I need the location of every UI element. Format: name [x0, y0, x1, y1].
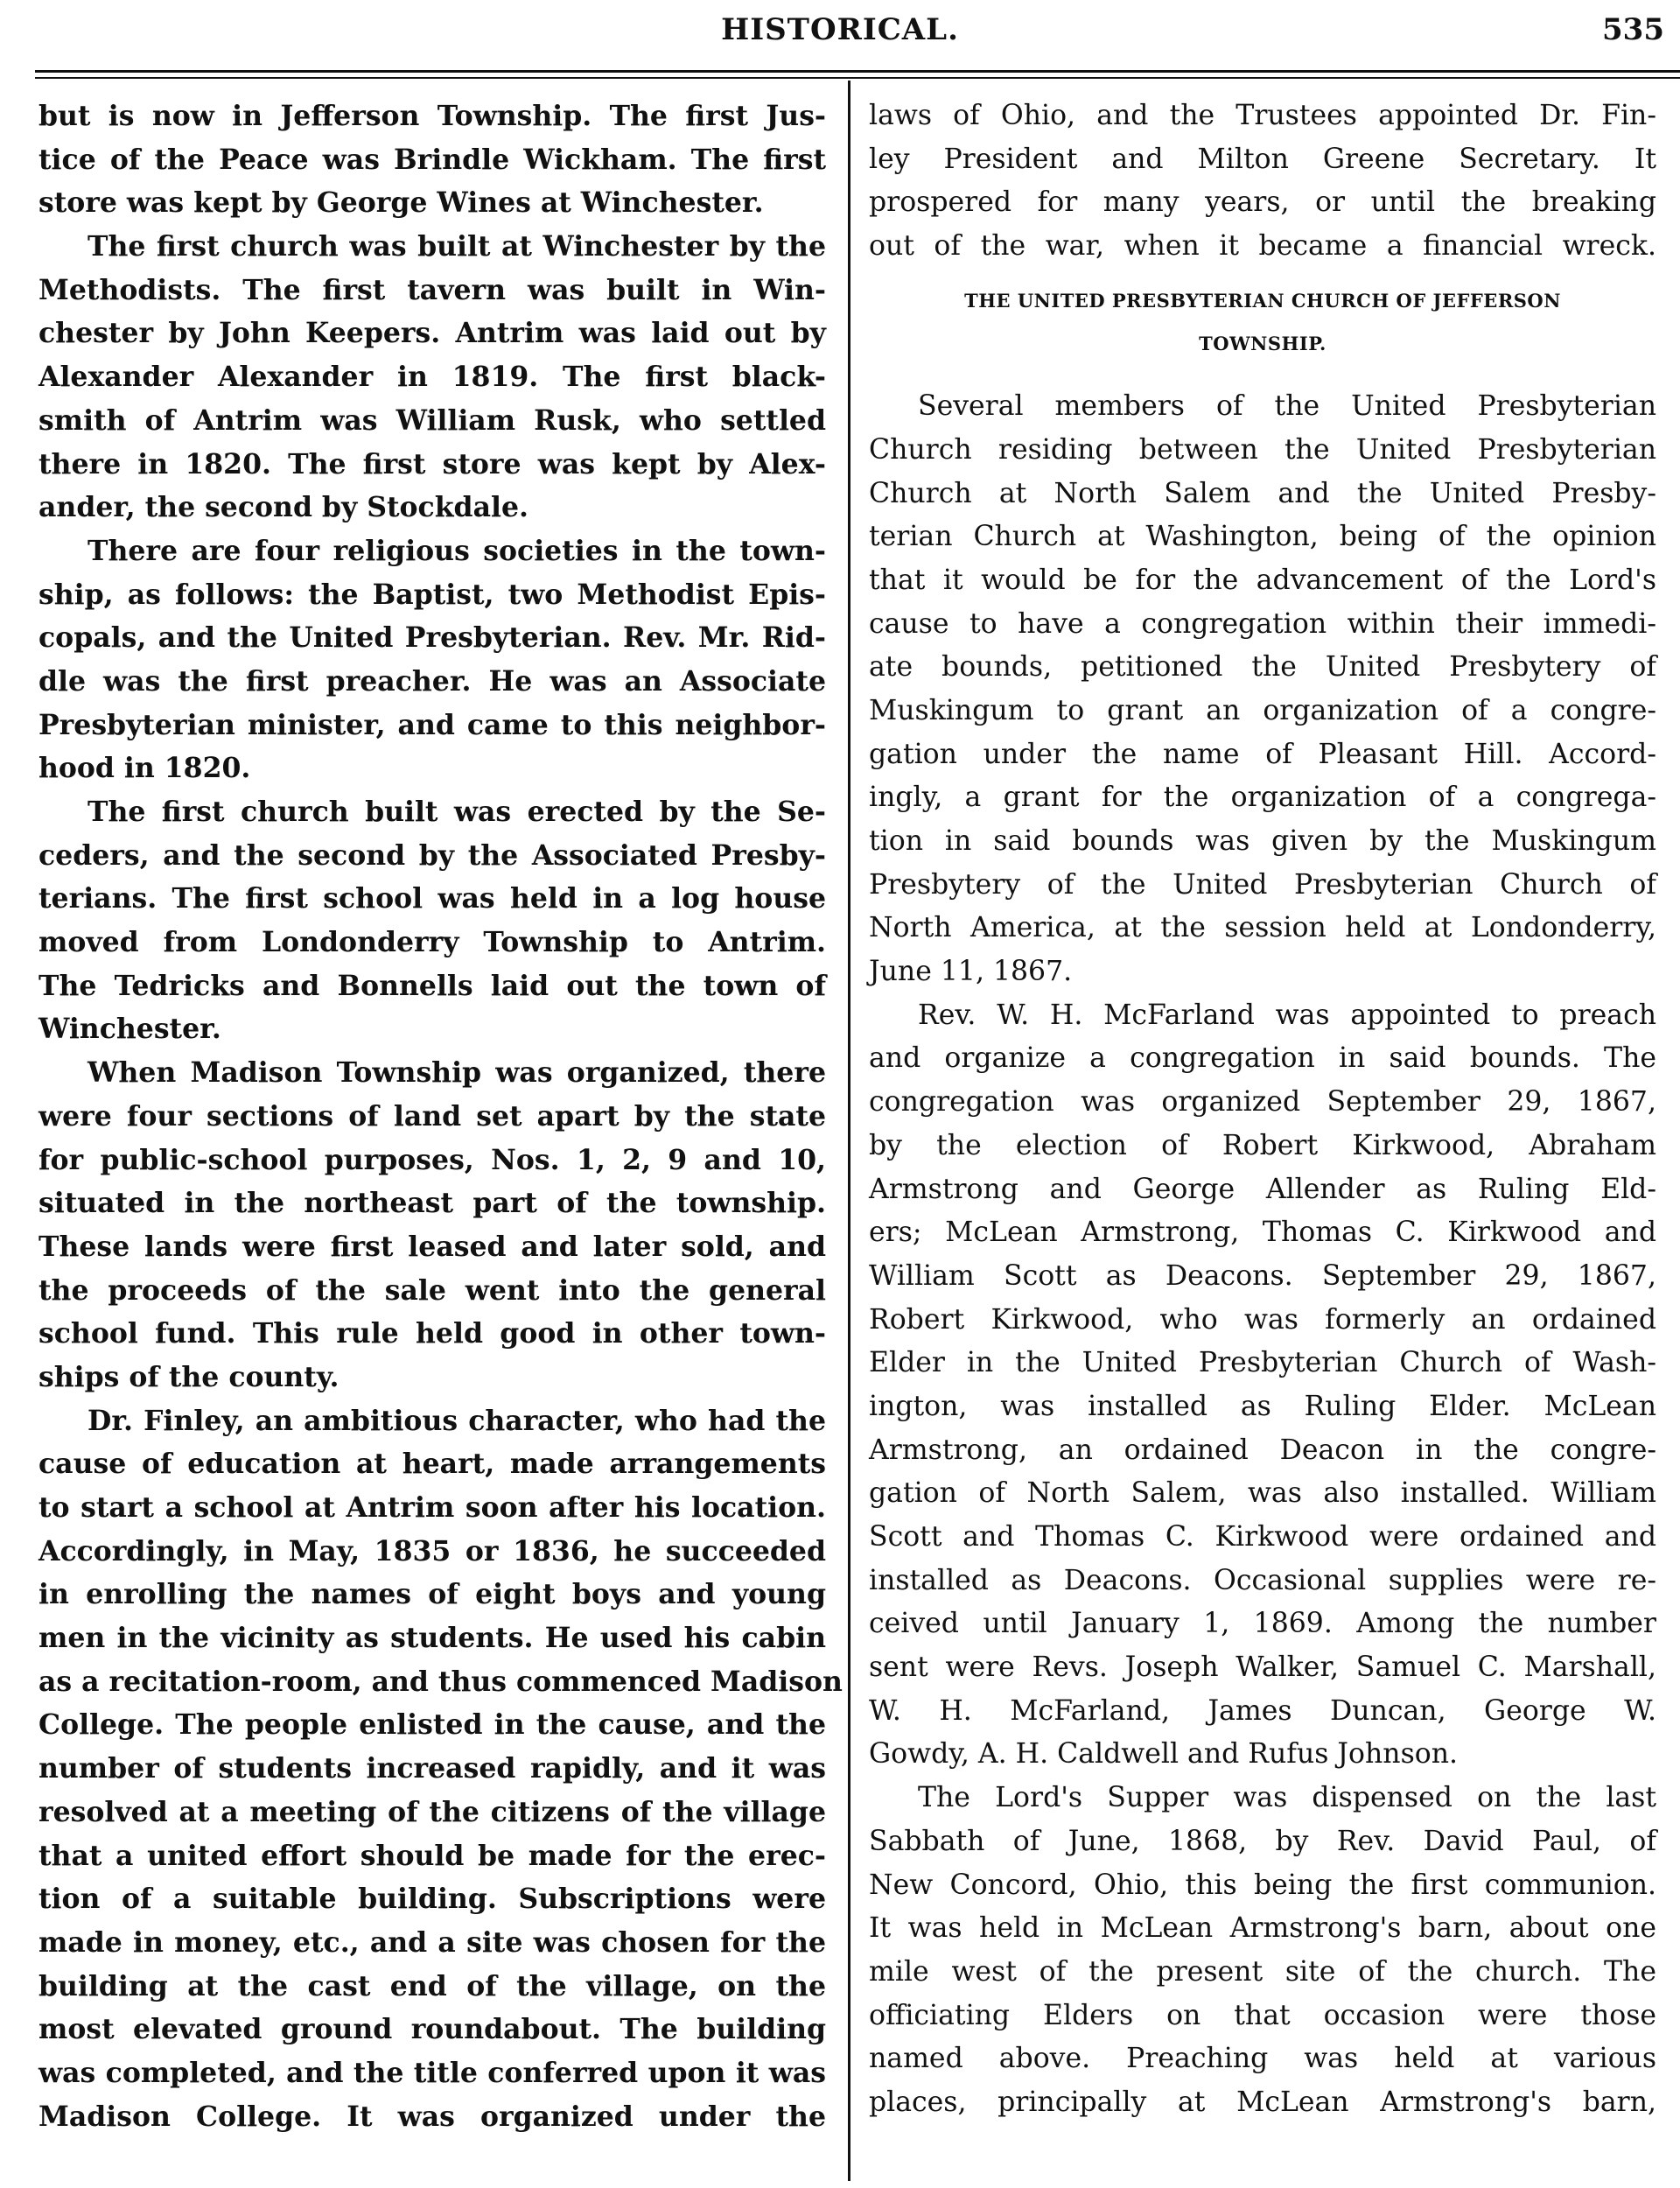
text-line: College. The people enlisted in the caus…: [38, 1703, 826, 1747]
text-line: was completed, and the title conferred u…: [38, 2051, 826, 2095]
text-line: gation under the name of Pleasant Hill. …: [869, 733, 1656, 777]
text-line: officiating Elders on that occasion were…: [869, 1995, 1656, 2038]
text-line: Several members of the United Presbyteri…: [869, 385, 1656, 429]
text-line: cause to have a congregation within thei…: [869, 603, 1656, 647]
text-line: The first church built was erected by th…: [38, 790, 826, 834]
text-line: cause of education at heart, made arrang…: [38, 1442, 826, 1486]
text-line: store was kept by George Wines at Winche…: [38, 181, 826, 225]
text-line: Church at North Salem and the United Pre…: [869, 473, 1656, 516]
text-line: but is now in Jefferson Township. The fi…: [38, 95, 826, 138]
text-line: copals, and the United Presbyterian. Rev…: [38, 616, 826, 660]
text-line: The Tedricks and Bonnells laid out the t…: [38, 964, 826, 1008]
text-line: that it would be for the advancement of …: [869, 559, 1656, 603]
text-line: Armstrong, an ordained Deacon in the con…: [869, 1429, 1656, 1473]
text-line: hood in 1820.: [38, 747, 826, 790]
text-line: These lands were first leased and later …: [38, 1225, 826, 1269]
text-line: It was held in McLean Armstrong's barn, …: [869, 1907, 1656, 1951]
text-line: Armstrong and George Allender as Ruling …: [869, 1168, 1656, 1212]
text-line: prospered for many years, or until the b…: [869, 181, 1656, 225]
text-line: William Scott as Deacons. September 29, …: [869, 1255, 1656, 1299]
running-title: HISTORICAL.: [0, 12, 1680, 47]
text-line: Rev. W. H. McFarland was appointed to pr…: [869, 994, 1656, 1038]
running-head: HISTORICAL. 535: [0, 12, 1680, 56]
text-line: The first church was built at Winchester…: [38, 225, 826, 269]
text-line: W. H. McFarland, James Duncan, George W.: [869, 1690, 1656, 1734]
text-line: Winchester.: [38, 1007, 826, 1051]
text-line: most elevated ground roundabout. The bui…: [38, 2008, 826, 2051]
text-line: New Concord, Ohio, this being the first …: [869, 1864, 1656, 1908]
text-line: Sabbath of June, 1868, by Rev. David Pau…: [869, 1820, 1656, 1864]
text-line: to start a school at Antrim soon after h…: [38, 1486, 826, 1530]
text-line: congregation was organized September 29,…: [869, 1081, 1656, 1125]
text-line: Madison College. It was organized under …: [38, 2095, 826, 2139]
text-line: tion in said bounds was given by the Mus…: [869, 820, 1656, 864]
header-rule-top: [35, 70, 1680, 73]
spacer: [869, 269, 1656, 279]
text-line: terian Church at Washington, being of th…: [869, 515, 1656, 559]
text-line: number of students increased rapidly, an…: [38, 1747, 826, 1791]
text-line: installed as Deacons. Occasional supplie…: [869, 1560, 1656, 1603]
text-line: Presbytery of the United Presbyterian Ch…: [869, 864, 1656, 908]
text-line: There are four religious societies in th…: [38, 529, 826, 573]
text-line: situated in the northeast part of the to…: [38, 1182, 826, 1225]
text-line: ington, was installed as Ruling Elder. M…: [869, 1385, 1656, 1429]
text-line: Methodists. The first tavern was built i…: [38, 269, 826, 312]
header-rule-bottom: [35, 77, 1680, 79]
text-line: sent were Revs. Joseph Walker, Samuel C.…: [869, 1646, 1656, 1690]
text-line: Alexander Alexander in 1819. The first b…: [38, 355, 826, 399]
text-line: Presbyterian minister, and came to this …: [38, 704, 826, 747]
text-line: ley President and Milton Greene Secretar…: [869, 138, 1656, 182]
text-line: gation of North Salem, was also installe…: [869, 1472, 1656, 1516]
text-line: tion of a suitable building. Subscriptio…: [38, 1877, 826, 1921]
section-heading-line-1: THE UNITED PRESBYTERIAN CHURCH OF JEFFER…: [869, 279, 1656, 323]
text-line: resolved at a meeting of the citizens of…: [38, 1791, 826, 1834]
text-line: smith of Antrim was William Rusk, who se…: [38, 399, 826, 443]
text-line: terians. The first school was held in a …: [38, 877, 826, 921]
text-line: ships of the county.: [38, 1356, 826, 1399]
text-line: building at the cast end of the village,…: [38, 1965, 826, 2009]
text-line: Accordingly, in May, 1835 or 1836, he su…: [38, 1530, 826, 1574]
text-line: places, principally at McLean Armstrong'…: [869, 2081, 1656, 2125]
text-line: named above. Preaching was held at vario…: [869, 2037, 1656, 2081]
text-line: When Madison Township was organized, the…: [38, 1051, 826, 1095]
text-line: were four sections of land set apart by …: [38, 1095, 826, 1139]
section-heading-line-2: TOWNSHIP.: [869, 322, 1656, 366]
text-line: ship, as follows: the Baptist, two Metho…: [38, 573, 826, 617]
text-line: by the election of Robert Kirkwood, Abra…: [869, 1125, 1656, 1168]
text-line: chester by John Keepers. Antrim was laid…: [38, 312, 826, 355]
text-line: ers; McLean Armstrong, Thomas C. Kirkwoo…: [869, 1211, 1656, 1255]
text-line: ceders, and the second by the Associated…: [38, 834, 826, 878]
left-column: but is now in Jefferson Township. The fi…: [38, 95, 826, 2138]
text-line: ate bounds, petitioned the United Presby…: [869, 646, 1656, 690]
text-line: out of the war, when it became a financi…: [869, 225, 1656, 269]
right-column: laws of Ohio, and the Trustees appointed…: [869, 95, 1656, 2125]
text-line: dle was the first preacher. He was an As…: [38, 660, 826, 704]
text-line: Scott and Thomas C. Kirkwood were ordain…: [869, 1516, 1656, 1560]
text-line: and organize a congregation in said boun…: [869, 1037, 1656, 1081]
text-line: June 11, 1867.: [869, 950, 1656, 994]
text-line: as a recitation-room, and thus commenced…: [38, 1660, 826, 1704]
text-line: men in the vicinity as students. He used…: [38, 1616, 826, 1660]
page-number: 535: [1602, 12, 1664, 47]
text-line: laws of Ohio, and the Trustees appointed…: [869, 95, 1656, 138]
book-page: HISTORICAL. 535 but is now in Jefferson …: [0, 0, 1680, 2188]
text-line: there in 1820. The first store was kept …: [38, 443, 826, 487]
text-line: made in money, etc., and a site was chos…: [38, 1921, 826, 1965]
text-line: Dr. Finley, an ambitious character, who …: [38, 1399, 826, 1443]
text-line: ingly, a grant for the organization of a…: [869, 776, 1656, 820]
text-line: in enrolling the names of eight boys and…: [38, 1573, 826, 1616]
text-line: Gowdy, A. H. Caldwell and Rufus Johnson.: [869, 1733, 1656, 1777]
text-line: ceived until January 1, 1869. Among the …: [869, 1602, 1656, 1646]
text-line: that a united effort should be made for …: [38, 1834, 826, 1878]
column-divider: [848, 81, 850, 2181]
text-line: ander, the second by Stockdale.: [38, 486, 826, 529]
text-line: moved from Londonderry Township to Antri…: [38, 921, 826, 964]
text-line: Elder in the United Presbyterian Church …: [869, 1342, 1656, 1385]
spacer: [869, 366, 1656, 385]
text-line: mile west of the present site of the chu…: [869, 1951, 1656, 1995]
text-line: school fund. This rule held good in othe…: [38, 1312, 826, 1356]
text-line: Muskingum to grant an organization of a …: [869, 690, 1656, 733]
text-line: Church residing between the United Presb…: [869, 429, 1656, 473]
text-line: tice of the Peace was Brindle Wickham. T…: [38, 138, 826, 182]
text-line: Robert Kirkwood, who was formerly an ord…: [869, 1299, 1656, 1343]
text-line: for public-school purposes, Nos. 1, 2, 9…: [38, 1139, 826, 1182]
text-line: The Lord's Supper was dispensed on the l…: [869, 1777, 1656, 1820]
text-line: North America, at the session held at Lo…: [869, 907, 1656, 950]
text-line: the proceeds of the sale went into the g…: [38, 1269, 826, 1313]
